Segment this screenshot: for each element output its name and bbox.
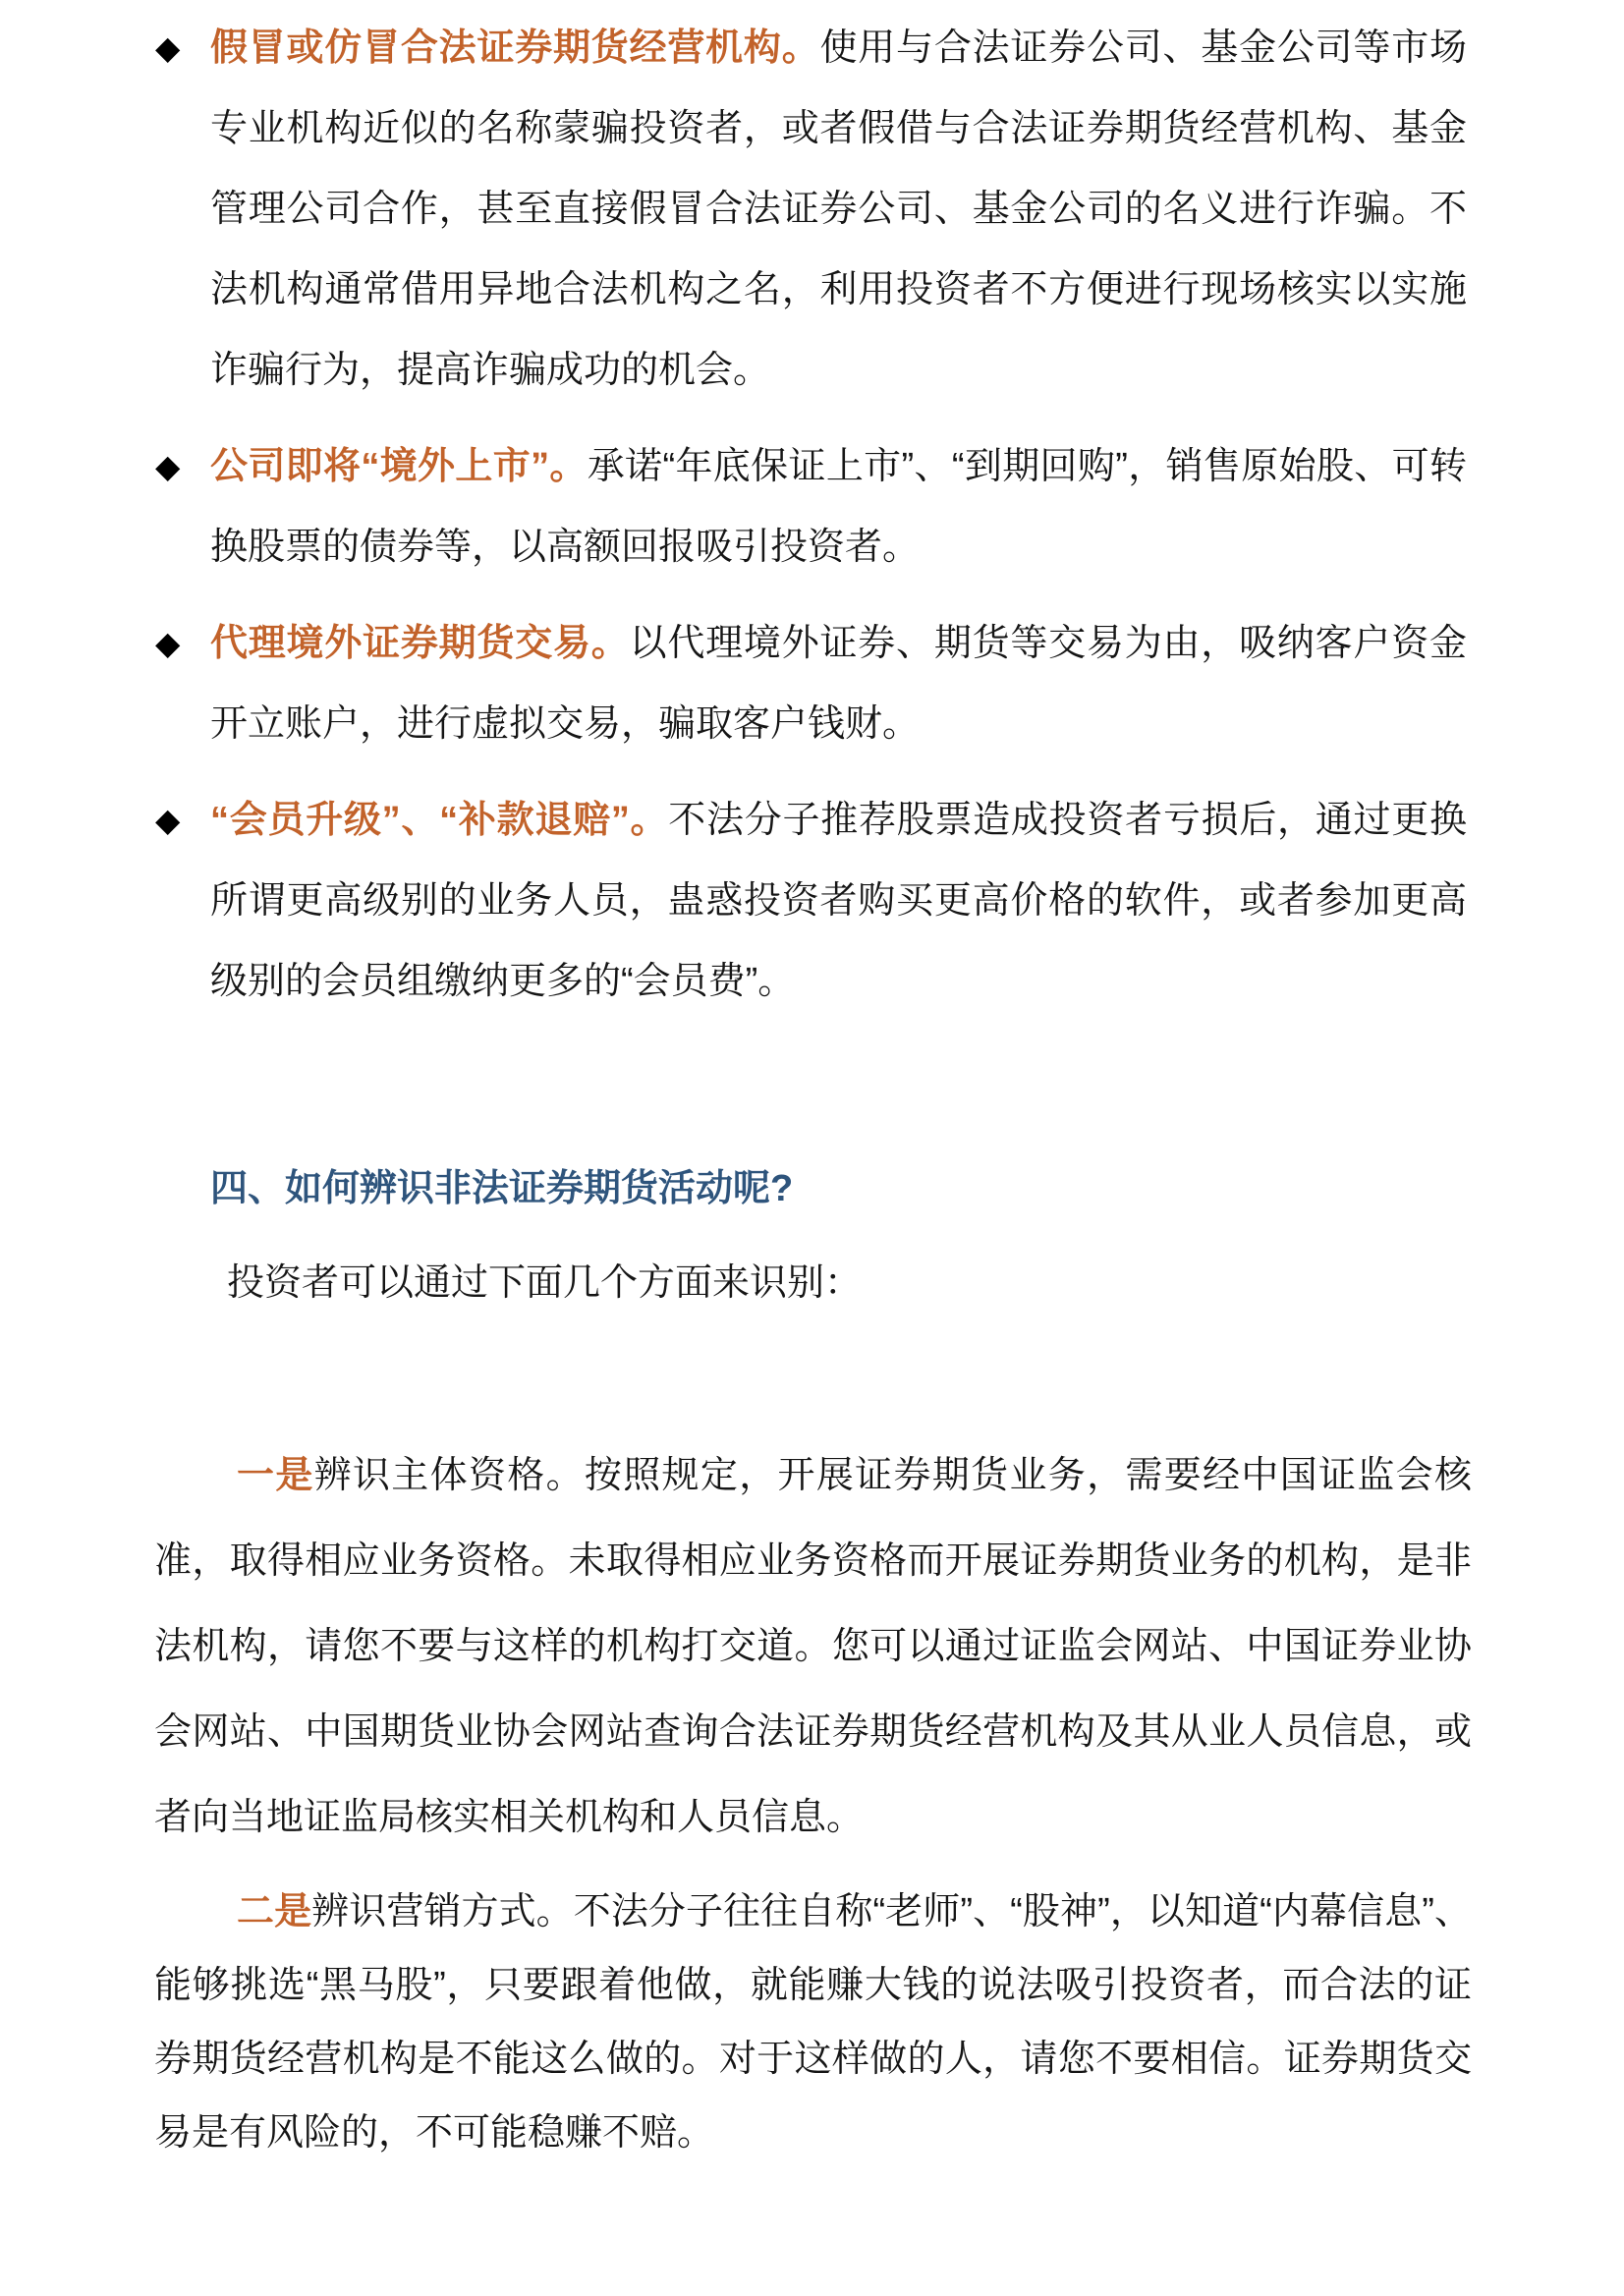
diamond-bullet-icon: ◆ [155,426,202,507]
intro-paragraph: 投资者可以通过下面几个方面来识别： [154,1243,1472,1323]
bullet-body: 使用与合法证券公司、基金公司等市场专业机构近似的名称蒙骗投资者，或者假借与合法证… [210,28,1467,391]
paragraph-body: 辨识主体资格。按照规定，开展证券期货业务，需要经中国证监会核准，取得相应业务资格… [154,1455,1472,1838]
paragraph-identify-qualification: 一是辨识主体资格。按照规定，开展证券期货业务，需要经中国证监会核准，取得相应业务… [154,1433,1472,1861]
bullet-lead: 公司即将“境外上市”。 [210,446,588,487]
diamond-bullet-icon: ◆ [155,780,202,861]
paragraph-lead: 二是 [237,1891,311,1932]
bullet-item-impersonation: ◆假冒或仿冒合法证券期货经营机构。使用与合法证券公司、基金公司等市场专业机构近似… [210,8,1467,411]
section-heading: 四、如何辨识非法证券期货活动呢? [210,1167,1472,1210]
bullet-lead: 假冒或仿冒合法证券期货经营机构。 [210,28,820,69]
bullet-lead: “会员升级”、“补款退赔”。 [210,800,668,841]
bullet-lead: 代理境外证券期货交易。 [210,623,630,664]
bullet-list: ◆假冒或仿冒合法证券期货经营机构。使用与合法证券公司、基金公司等市场专业机构近似… [0,0,1624,1022]
document-page: ◆假冒或仿冒合法证券期货经营机构。使用与合法证券公司、基金公司等市场专业机构近似… [0,0,1624,2296]
bullet-item-membership-upgrade: ◆“会员升级”、“补款退赔”。不法分子推荐股票造成投资者亏损后，通过更换所谓更高… [210,780,1467,1022]
diamond-bullet-icon: ◆ [155,603,202,684]
diamond-bullet-icon: ◆ [155,8,202,88]
bullet-item-overseas-trading: ◆代理境外证券期货交易。以代理境外证券、期货等交易为由，吸纳客户资金开立账户，进… [210,603,1467,764]
paragraph-identify-marketing: 二是辨识营销方式。不法分子往往自称“老师”、“股神”，以知道“内幕信息”、能够挑… [154,1876,1472,2170]
bullet-item-overseas-listing: ◆公司即将“境外上市”。承诺“年底保证上市”、“到期回购”，销售原始股、可转换股… [210,426,1467,588]
paragraph-body: 辨识营销方式。不法分子往往自称“老师”、“股神”，以知道“内幕信息”、能够挑选“… [154,1891,1472,2154]
paragraph-lead: 一是 [237,1455,314,1496]
